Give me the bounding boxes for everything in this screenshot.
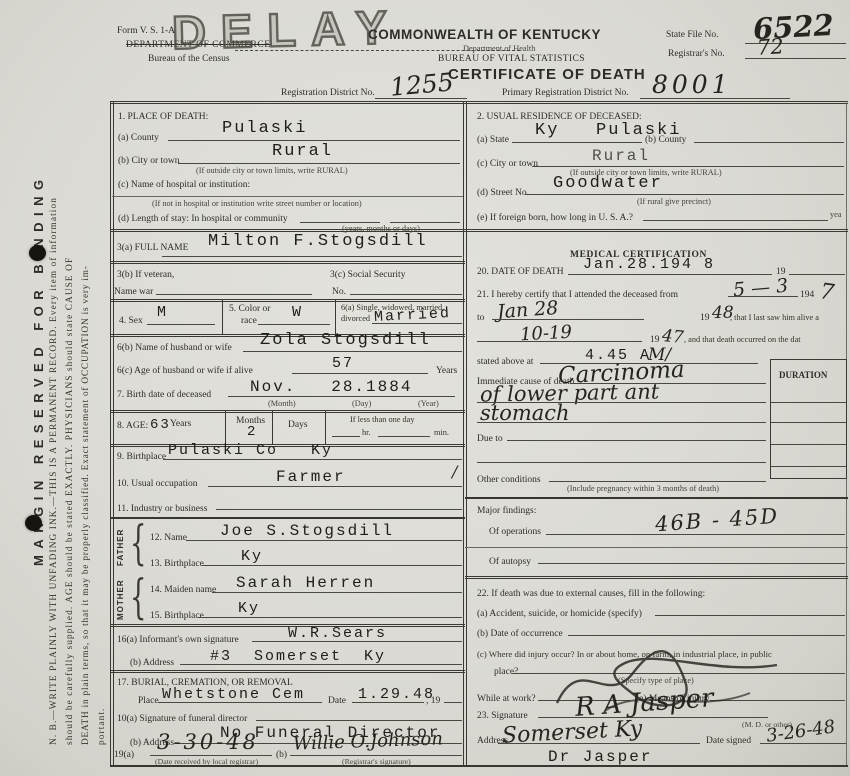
year2-print: 19 xyxy=(700,313,710,323)
sex-label: 4. Sex xyxy=(119,316,143,326)
spouse-name-value: Zola Stogsdill xyxy=(260,331,431,350)
major-findings-label: Major findings: xyxy=(477,506,536,516)
rule-line xyxy=(771,466,846,467)
age-label: 8. AGE: xyxy=(117,421,148,431)
rule-line xyxy=(228,396,455,397)
row-divider xyxy=(110,670,465,673)
rule-line xyxy=(372,323,462,324)
rule-line xyxy=(745,58,846,59)
occupation-value: Farmer xyxy=(276,468,346,486)
sex-value: M xyxy=(157,304,168,321)
physician-signature-label: 23. Signature xyxy=(477,711,528,721)
margin-note-line-1: N. B.—WRITE PLAINLY WITH UNFADING INK.—T… xyxy=(49,197,59,745)
year3-print: 19 xyxy=(650,335,660,345)
foreign-born-label: (e) If foreign born, how long in U. S. A… xyxy=(477,213,633,223)
informant-address-label: (b) Address xyxy=(130,658,174,668)
cell-divider xyxy=(325,410,326,444)
birth-date-label: 7. Birth date of deceased xyxy=(117,390,211,400)
state-file-label: State File No. xyxy=(666,30,719,40)
rule-line xyxy=(465,547,848,548)
rule-line xyxy=(507,440,766,441)
city-town-hint: (If outside city or town limits, write R… xyxy=(196,166,348,175)
dept-of-health: Department of Health xyxy=(463,44,535,53)
rule-line xyxy=(538,563,845,564)
burial-date-label: Date xyxy=(328,696,346,706)
day-hint: (Day) xyxy=(352,399,371,408)
row-divider xyxy=(465,497,848,499)
rule-line xyxy=(546,534,845,535)
rule-line xyxy=(760,743,846,744)
city-town2-value: Rural xyxy=(592,147,650,165)
street-no-label: (d) Street No. xyxy=(477,188,529,198)
certify-line1: 21. I hereby certify that I attended the… xyxy=(477,290,678,300)
rule-line xyxy=(162,256,462,257)
external-causes-title: 22. If death was due to external causes,… xyxy=(477,589,705,599)
rule-line xyxy=(789,274,845,275)
age-days-label: Days xyxy=(288,420,308,430)
rule-line xyxy=(350,294,462,295)
rule-line xyxy=(498,743,700,744)
form-number: Form V. S. 1-A xyxy=(117,26,175,36)
year1-print: 194 xyxy=(800,290,814,300)
color-race-label2: race xyxy=(241,316,257,326)
father-brace: { xyxy=(130,520,146,567)
rule-line xyxy=(549,481,766,482)
street-no-value: Goodwater xyxy=(553,174,663,193)
hr-label: hr. xyxy=(362,428,371,437)
informant-address-value: #3 Somerset Ky xyxy=(210,648,386,665)
informant-value: W.R.Sears xyxy=(288,625,387,642)
date-signed-label: Date signed xyxy=(706,736,751,746)
occupation-label: 10. Usual occupation xyxy=(117,479,197,489)
registration-district-label: Registration District No. xyxy=(281,88,375,98)
registrar-sig-label: (b) xyxy=(276,750,287,760)
rule-line xyxy=(694,142,844,143)
certify-line2-rest: , that I last saw him alive a xyxy=(730,313,819,322)
street-no-hint: (If rural give precinct) xyxy=(637,197,711,206)
spouse-age-label: 6(c) Age of husband or wife if alive xyxy=(117,366,253,376)
mother-brace: { xyxy=(130,574,146,621)
rule-line xyxy=(208,486,462,487)
rule-line xyxy=(771,422,846,423)
row-divider xyxy=(110,517,465,519)
burial-year-suffix: , 19 xyxy=(426,696,440,706)
rule-line xyxy=(180,664,462,665)
punch-hole-top xyxy=(29,245,46,261)
margin-note-line-2: should be carefully supplied. AGE should… xyxy=(65,257,75,745)
rule-line xyxy=(300,222,380,223)
received-date-value: 3-30-48 xyxy=(157,730,259,754)
rule-line xyxy=(640,98,790,99)
rule-line xyxy=(150,755,272,756)
mother-name-label: 14. Maiden name xyxy=(150,585,216,595)
year-hint: (Year) xyxy=(418,399,439,408)
form-left-border xyxy=(110,101,114,767)
rule-line xyxy=(178,163,460,164)
mother-birthplace-value: Ky xyxy=(238,600,260,617)
row-divider xyxy=(110,261,465,264)
rule-line xyxy=(256,720,462,721)
rule-line xyxy=(643,220,828,221)
birth-date-value: Nov. 28.1884 xyxy=(250,378,412,396)
accident-label: (a) Accident, suicide, or homicide (spec… xyxy=(477,609,642,619)
spouse-name-label: 6(b) Name of husband or wife xyxy=(117,343,232,353)
row-divider xyxy=(465,576,848,579)
father-side-label: FATHER xyxy=(116,529,125,566)
rule-line xyxy=(158,702,322,703)
rule-line xyxy=(112,196,463,197)
rule-line xyxy=(477,422,766,423)
rule-line xyxy=(492,319,644,320)
spouse-age-suffix: Years xyxy=(436,366,457,376)
to-label: to xyxy=(477,313,484,323)
year1-handwritten: 7 xyxy=(818,279,835,306)
injury-place-label: place? xyxy=(494,667,518,677)
hospital-hint: (If not in hospital or institution write… xyxy=(152,199,362,208)
cell-divider xyxy=(222,299,223,334)
ssn-no-label: No. xyxy=(332,287,346,297)
cell-divider xyxy=(335,299,336,334)
rule-line xyxy=(568,274,772,275)
length-of-stay-label: (d) Length of stay: In hospital or commu… xyxy=(118,214,288,224)
operations-label: Of operations xyxy=(489,527,541,537)
rule-line xyxy=(332,436,360,437)
primary-district-label: Primary Registration District No. xyxy=(502,88,629,98)
city-town-label: (b) City or town xyxy=(118,156,179,166)
cell-divider xyxy=(272,410,273,444)
rule-line xyxy=(538,717,768,718)
father-birthplace-label: 13. Birthplace xyxy=(150,559,204,569)
rule-line xyxy=(771,444,846,445)
at-work-label: While at work? xyxy=(477,694,536,704)
registrar-sig-hint: (Registrar's signature) xyxy=(342,757,411,766)
father-name-value: Joe S.Stogsdill xyxy=(220,522,394,540)
margin-note-line-4: portant. xyxy=(97,708,107,745)
rule-line xyxy=(568,635,845,636)
rule-line xyxy=(198,617,462,618)
rule-line xyxy=(290,755,462,756)
father-name-label: 12. Name xyxy=(150,533,187,543)
color-race-label: 5. Color or xyxy=(229,304,270,314)
occupation-mark: / xyxy=(452,462,457,481)
primary-district-value: 8001 xyxy=(652,70,732,99)
received-date-hint: (Date received by local registrar) xyxy=(155,757,258,766)
mother-name-value: Sarah Herren xyxy=(236,574,375,592)
rule-line xyxy=(168,140,460,141)
county-value: Pulaski xyxy=(222,119,307,138)
race-value: W xyxy=(292,304,303,321)
death-certificate: MARGIN RESERVED FOR BINDING N. B.—WRITE … xyxy=(0,0,850,776)
rule-line xyxy=(202,565,462,566)
rule-line xyxy=(147,324,215,325)
other-conditions-label: Other conditions xyxy=(477,475,541,485)
rule-line xyxy=(390,222,460,223)
registrar-no-value: 72 xyxy=(756,34,784,60)
name-war-label: Name war xyxy=(114,287,153,297)
rule-line xyxy=(292,373,428,374)
state-label: (a) State xyxy=(477,135,509,145)
full-name-value: Milton F.Stogsdill xyxy=(208,232,428,251)
rule-line xyxy=(352,702,424,703)
autopsy-label: Of autopsy xyxy=(489,557,531,567)
rule-line xyxy=(212,592,462,593)
duration-label: DURATION xyxy=(779,370,827,380)
date-of-death-value: Jan.28.194 8 xyxy=(583,256,715,273)
rule-line xyxy=(156,294,312,295)
rule-line xyxy=(186,540,462,541)
other-conditions-hint: (Include pregnancy within 3 months of de… xyxy=(567,484,719,493)
rule-line xyxy=(258,324,330,325)
min-label: min. xyxy=(434,428,449,437)
received-date-label: 19(a) xyxy=(114,750,134,760)
bureau-vital-statistics: BUREAU OF VITAL STATISTICS xyxy=(438,54,585,64)
county-label: (a) County xyxy=(118,133,159,143)
certify-line3-rest: , and that death occurred on the dat xyxy=(684,335,801,344)
rule-line xyxy=(216,509,462,510)
mother-side-label: MOTHER xyxy=(116,579,125,620)
ssn-label: 3(c) Social Security xyxy=(330,270,405,280)
city-town-value: Rural xyxy=(272,142,333,161)
rule-line xyxy=(444,702,462,703)
rule-line xyxy=(477,341,642,342)
mother-birthplace-label: 15. Birthplace xyxy=(150,611,204,621)
rule-line xyxy=(477,462,766,463)
certificate-title: CERTIFICATE OF DEATH xyxy=(448,66,646,83)
punch-hole-bottom xyxy=(25,515,42,531)
birthplace-value: Pulaski Co Ky xyxy=(168,442,333,459)
less-than-day-label: If less than one day xyxy=(350,415,415,424)
industry-label: 11. Industry or business xyxy=(117,504,207,514)
registration-district-value: 1255 xyxy=(389,67,455,101)
margin-note-line-3: DEATH in plain terms, so that it may be … xyxy=(81,265,91,745)
row-divider xyxy=(110,299,465,302)
occurrence-date-label: (b) Date of occurrence xyxy=(477,629,563,639)
rule-line xyxy=(378,436,430,437)
dr-jasper-typed: Dr Jasper xyxy=(548,748,652,766)
marital-label2: divorced xyxy=(341,314,370,323)
rule-line xyxy=(771,402,846,403)
cell-divider xyxy=(225,410,226,444)
row-divider xyxy=(110,410,465,413)
rule-line xyxy=(375,98,467,99)
column-divider xyxy=(463,101,467,767)
age-months-value: 2 xyxy=(247,424,257,440)
stated-above-label: stated above at xyxy=(477,357,533,367)
hospital-label: (c) Name of hospital or institution: xyxy=(118,180,250,190)
burial-place-label: Place xyxy=(138,696,159,706)
rule-line xyxy=(252,641,462,642)
birthplace-label: 9. Birthplace xyxy=(117,452,166,462)
commonwealth-title: COMMONWEALTH OF KENTUCKY xyxy=(368,27,601,42)
binding-margin-label: MARGIN RESERVED FOR BINDING xyxy=(31,173,46,566)
burial-date-value: 1.29.48 xyxy=(358,686,435,703)
age-years-label: Years xyxy=(170,419,191,429)
age-years-value: 63 xyxy=(150,417,171,433)
rule-line xyxy=(532,166,844,167)
full-name-label: 3(a) FULL NAME xyxy=(117,243,188,253)
attended-from-value: 5 — 3 xyxy=(732,275,789,302)
rule-line xyxy=(243,351,462,352)
foreign-born-suffix: yea xyxy=(830,210,842,219)
date-of-death-label: 20. DATE OF DEATH xyxy=(477,267,564,277)
rule-line xyxy=(163,459,462,460)
burial-place-value: Whetstone Cem xyxy=(162,686,305,703)
informant-label: 16(a) Informant's own signature xyxy=(117,635,239,645)
veteran-label: 3(b) If veteran, xyxy=(117,270,174,280)
operations-value: 46B - 45D xyxy=(654,504,780,537)
place-of-death-title: 1. PLACE OF DEATH: xyxy=(118,112,208,122)
registrar-no-label: Registrar's No. xyxy=(668,49,725,59)
city-town2-label: (c) City or town xyxy=(477,159,538,169)
father-birthplace-value: Ky xyxy=(241,548,263,565)
county2-label: (b) County xyxy=(645,135,686,145)
spouse-age-value: 57 xyxy=(332,355,354,372)
rule-line xyxy=(512,142,642,143)
rule-line xyxy=(728,296,798,297)
due-to-label: Due to xyxy=(477,434,503,444)
registrar-signature: Willie O.Johnson xyxy=(293,728,444,754)
funeral-director-label: 10(a) Signature of funeral director xyxy=(117,714,247,724)
rule-line xyxy=(655,615,845,616)
rule-line xyxy=(525,194,844,195)
form-top-border xyxy=(110,101,848,104)
month-hint: (Month) xyxy=(268,399,296,408)
